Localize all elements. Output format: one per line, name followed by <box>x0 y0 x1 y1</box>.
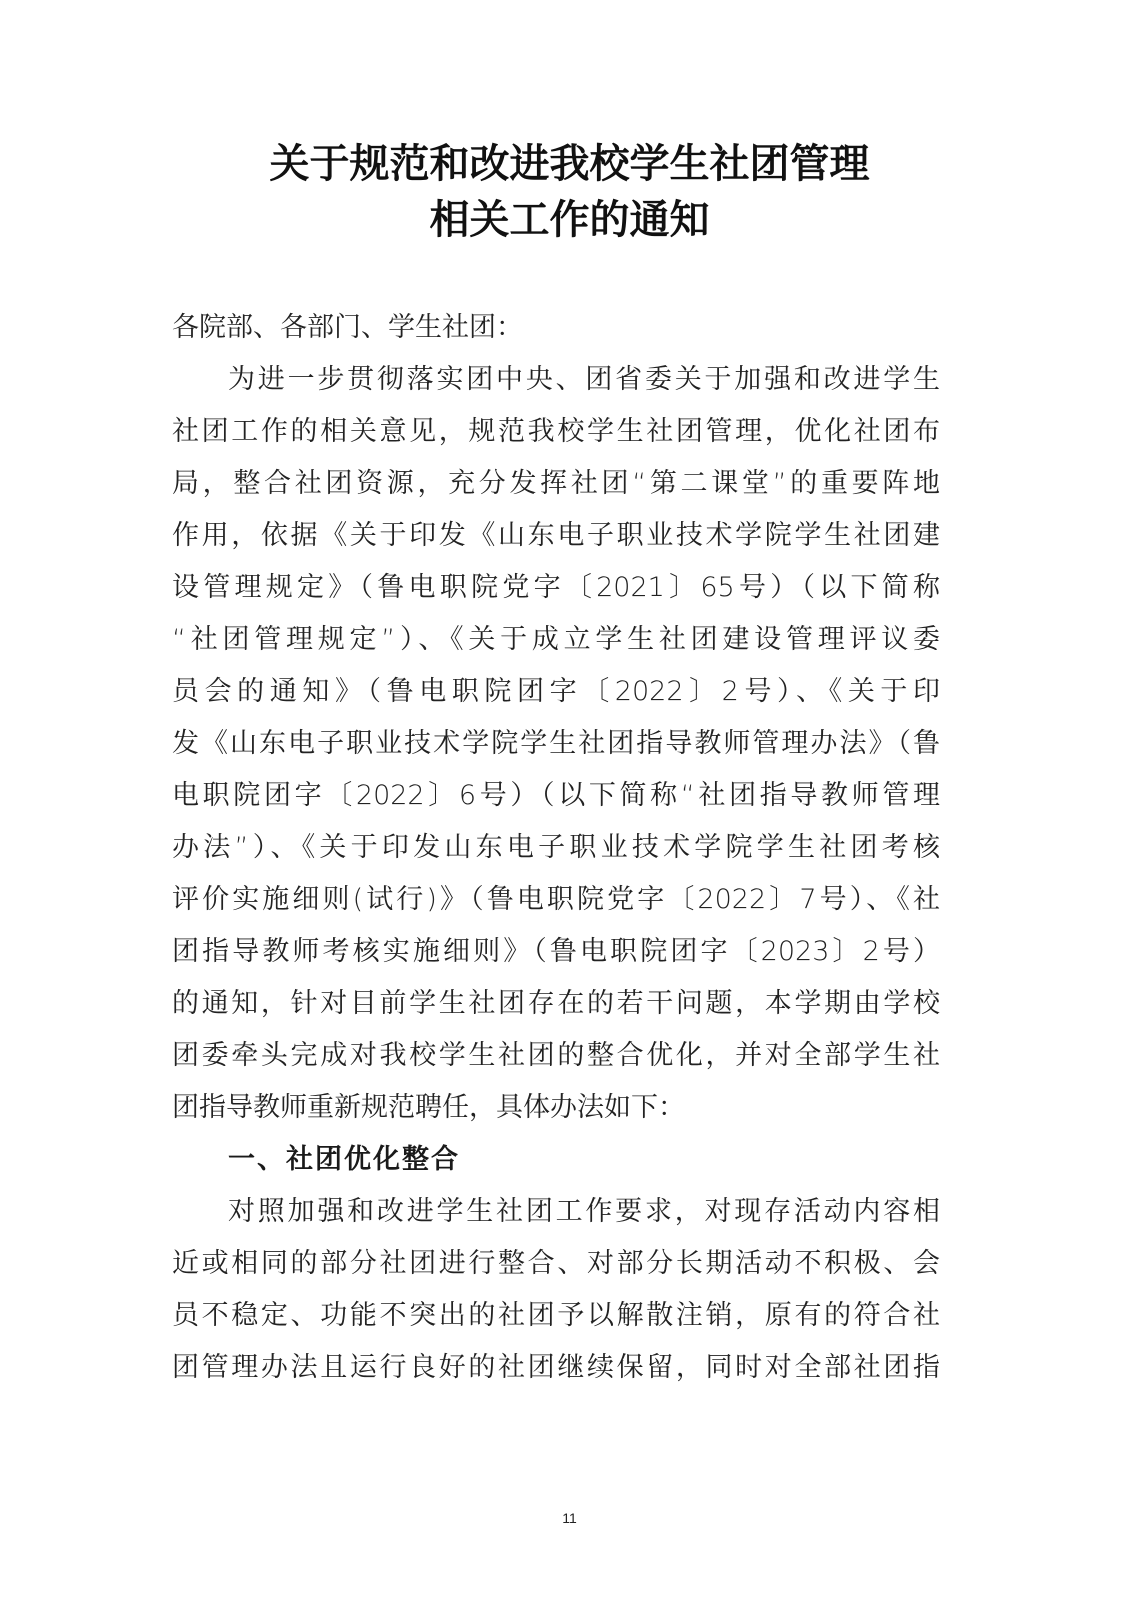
paragraph-1-line: 团指导教师考核实施细则》（鲁电职院团字〔2023〕2号） <box>172 928 940 976</box>
salutation: 各院部、各部门、学生社团： <box>172 304 940 352</box>
document-page: 关于规范和改进我校学生社团管理 相关工作的通知 各院部、各部门、学生社团： 为进… <box>0 0 1139 1612</box>
paragraph-1-line: 设管理规定》（鲁电职院党字〔2021〕65号）（以下简称 <box>172 564 940 612</box>
paragraph-2-line: 对照加强和改进学生社团工作要求，对现存活动内容相 <box>228 1188 940 1236</box>
document-title-line-1: 关于规范和改进我校学生社团管理 <box>0 140 1139 188</box>
paragraph-1-line: 为进一步贯彻落实团中央、团省委关于加强和改进学生 <box>228 356 940 404</box>
paragraph-1-line: 电职院团字〔2022〕6号）（以下简称“社团指导教师管理 <box>172 772 940 820</box>
document-title-line-2: 相关工作的通知 <box>0 196 1139 244</box>
paragraph-1-line: 员会的通知》（鲁电职院团字〔2022〕2号）、《关于印 <box>172 668 940 716</box>
paragraph-1-line: 发《山东电子职业技术学院学生社团指导教师管理办法》（鲁 <box>172 720 940 768</box>
paragraph-2-line: 近或相同的部分社团进行整合、对部分长期活动不积极、会 <box>172 1240 940 1288</box>
paragraph-1-line: 的通知，针对目前学生社团存在的若干问题，本学期由学校 <box>172 980 940 1028</box>
paragraph-1-line: “社团管理规定”）、《关于成立学生社团建设管理评议委 <box>172 616 940 664</box>
section-1-heading: 一、社团优化整合 <box>228 1136 460 1184</box>
paragraph-1-line: 办法”）、《关于印发山东电子职业技术学院学生社团考核 <box>172 824 940 872</box>
paragraph-1-line: 作用，依据《关于印发《山东电子职业技术学院学生社团建 <box>172 512 940 560</box>
paragraph-1-line: 社团工作的相关意见，规范我校学生社团管理，优化社团布 <box>172 408 940 456</box>
paragraph-1-line: 局，整合社团资源，充分发挥社团“第二课堂”的重要阵地 <box>172 460 940 508</box>
page-number: 11 <box>0 1510 1139 1526</box>
paragraph-2-line: 团管理办法且运行良好的社团继续保留，同时对全部社团指 <box>172 1344 940 1392</box>
paragraph-2-line: 员不稳定、功能不突出的社团予以解散注销，原有的符合社 <box>172 1292 940 1340</box>
paragraph-1-line: 团委牵头完成对我校学生社团的整合优化，并对全部学生社 <box>172 1032 940 1080</box>
paragraph-1-line: 评价实施细则(试行)》（鲁电职院党字〔2022〕7号）、《社 <box>172 876 940 924</box>
paragraph-1-line: 团指导教师重新规范聘任，具体办法如下： <box>172 1084 940 1132</box>
